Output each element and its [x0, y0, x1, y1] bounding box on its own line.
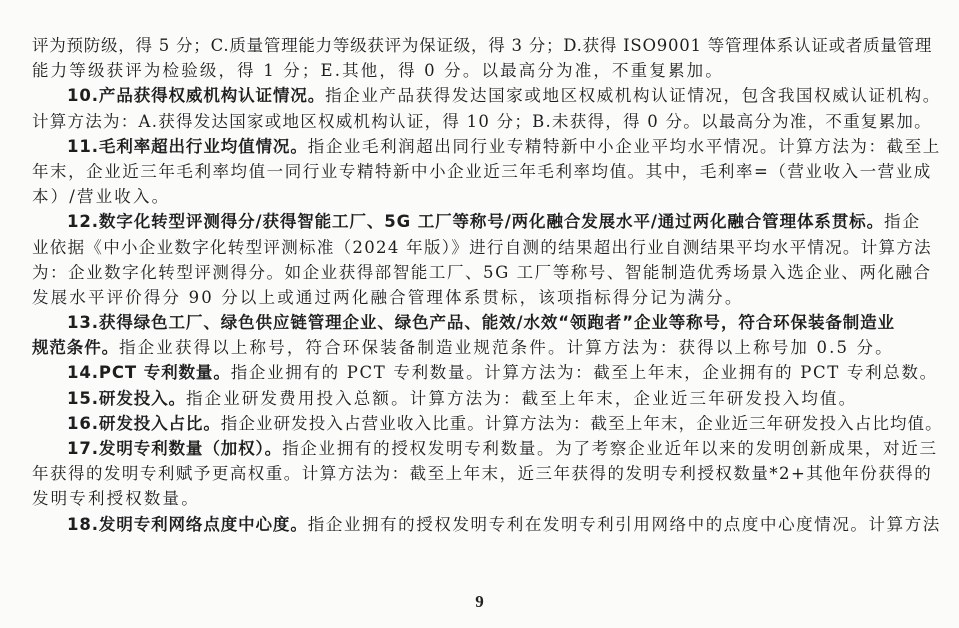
body-text: 指企业拥有的授权发明专利在发明专利引用网络中的点度中心度情况。计算方法 [308, 515, 941, 534]
section-heading: 10.产品获得权威机构认证情况。 [67, 86, 325, 105]
text-line: 能力等级获评为检验级，得 1 分；E.其他，得 0 分。以最高分为准，不重复累加… [32, 58, 932, 83]
body-text: 本）/营业收入。 [32, 187, 170, 206]
text-line: 11.毛利率超出行业均值情况。指企业毛利润超出同行业专精特新中小企业平均水平情况… [32, 134, 932, 159]
text-line: 计算方法为：A.获得发达国家或地区权威机构认证，得 10 分；B.未获得，得 0… [32, 109, 932, 134]
text-line: 评为预防级，得 5 分；C.质量管理能力等级获评为保证级，得 3 分；D.获得 … [32, 33, 932, 58]
text-line: 年获得的发明专利赋予更高权重。计算方法为：截至上年末，近三年获得的发明专利授权数… [32, 461, 932, 486]
section-heading: 14.PCT 专利数量。 [67, 363, 231, 382]
document-body: 评为预防级，得 5 分；C.质量管理能力等级获评为保证级，得 3 分；D.获得 … [32, 33, 932, 537]
body-text: 年末，企业近三年毛利率均值一同行业专精特新中小企业近三年毛利率均值。其中，毛利率… [32, 162, 932, 181]
body-text: 年获得的发明专利赋予更高权重。计算方法为：截至上年末，近三年获得的发明专利授权数… [32, 464, 932, 483]
section-heading: 17.发明专利数量（加权）。 [67, 439, 282, 458]
section-heading: 15.研发投入。 [67, 389, 186, 408]
text-line: 16.研发投入占比。指企业研发投入占营业收入比重。计算方法为：截至上年末，企业近… [32, 411, 932, 436]
text-line: 18.发明专利网络点度中心度。指企业拥有的授权发明专利在发明专利引用网络中的点度… [32, 512, 932, 537]
body-text: 指企业拥有的授权发明专利数量。为了考察企业近年以来的发明创新成果，对近三 [282, 439, 938, 458]
document-page: 评为预防级，得 5 分；C.质量管理能力等级获评为保证级，得 3 分；D.获得 … [0, 0, 959, 628]
text-line: 年末，企业近三年毛利率均值一同行业专精特新中小企业近三年毛利率均值。其中，毛利率… [32, 159, 932, 184]
body-text: 指企业获得以上称号，符合环保装备制造业规范条件。计算方法为：获得以上称号加 0.… [119, 338, 894, 357]
body-text: 发明专利授权数量。 [32, 489, 200, 508]
section-heading: 规范条件。 [32, 338, 119, 357]
text-line: 本）/营业收入。 [32, 184, 932, 209]
page-number: 9 [0, 592, 959, 612]
text-line: 10.产品获得权威机构认证情况。指企业产品获得发达国家或地区权威机构认证情况，包… [32, 83, 932, 108]
text-line: 发展水平评价得分 90 分以上或通过两化融合管理体系贯标，该项指标得分记为满分。 [32, 285, 932, 310]
body-text: 评为预防级，得 5 分；C.质量管理能力等级获评为保证级，得 3 分；D.获得 … [32, 36, 932, 55]
body-text: 能力等级获评为检验级，得 1 分；E.其他，得 0 分。以最高分为准，不重复累加… [32, 61, 724, 80]
section-heading: 16.研发投入占比。 [67, 414, 221, 433]
text-line: 规范条件。指企业获得以上称号，符合环保装备制造业规范条件。计算方法为：获得以上称… [32, 335, 932, 360]
text-line: 14.PCT 专利数量。指企业拥有的 PCT 专利数量。计算方法为：截至上年末，… [32, 360, 932, 385]
body-text: 指企业研发投入占营业收入比重。计算方法为：截至上年末，企业近三年研发投入占比均值… [221, 414, 943, 433]
text-line: 发明专利授权数量。 [32, 486, 932, 511]
body-text: 指企业毛利润超出同行业专精特新中小企业平均水平情况。计算方法为：截至上 [308, 137, 941, 156]
section-heading: 13.获得绿色工厂、绿色供应链管理企业、绿色产品、能效/水效“领跑者”企业等称号… [67, 313, 895, 332]
body-text: 指企业产品获得发达国家或地区权威机构认证情况，包含我国权威认证机构。 [325, 86, 941, 105]
section-heading: 18.发明专利网络点度中心度。 [67, 515, 308, 534]
text-line: 13.获得绿色工厂、绿色供应链管理企业、绿色产品、能效/水效“领跑者”企业等称号… [32, 310, 932, 335]
section-heading: 12.数字化转型评测得分/获得智能工厂、5G 工厂等称号/两化融合发展水平/通过… [67, 212, 884, 231]
text-line: 17.发明专利数量（加权）。指企业拥有的授权发明专利数量。为了考察企业近年以来的… [32, 436, 932, 461]
body-text: 指企业拥有的 PCT 专利数量。计算方法为：截至上年末，企业拥有的 PCT 专利… [231, 363, 938, 382]
text-line: 业依据《中小企业数字化转型评测标准（2024 年版）》进行自测的结果超出行业自测… [32, 235, 932, 260]
text-line: 15.研发投入。指企业研发费用投入总额。计算方法为：截至上年末，企业近三年研发投… [32, 386, 932, 411]
section-heading: 11.毛利率超出行业均值情况。 [67, 137, 308, 156]
body-text: 发展水平评价得分 90 分以上或通过两化融合管理体系贯标，该项指标得分记为满分。 [32, 288, 744, 307]
body-text: 指企业研发费用投入总额。计算方法为：截至上年末，企业近三年研发投入均值。 [186, 389, 857, 408]
body-text: 指企 [884, 212, 921, 231]
text-line: 12.数字化转型评测得分/获得智能工厂、5G 工厂等称号/两化融合发展水平/通过… [32, 209, 932, 234]
body-text: 计算方法为：A.获得发达国家或地区权威机构认证，得 10 分；B.未获得，得 0… [32, 112, 932, 131]
body-text: 业依据《中小企业数字化转型评测标准（2024 年版）》进行自测的结果超出行业自测… [32, 238, 932, 257]
text-line: 为：企业数字化转型评测得分。如企业获得部智能工厂、5G 工厂等称号、智能制造优秀… [32, 260, 932, 285]
body-text: 为：企业数字化转型评测得分。如企业获得部智能工厂、5G 工厂等称号、智能制造优秀… [32, 263, 932, 282]
